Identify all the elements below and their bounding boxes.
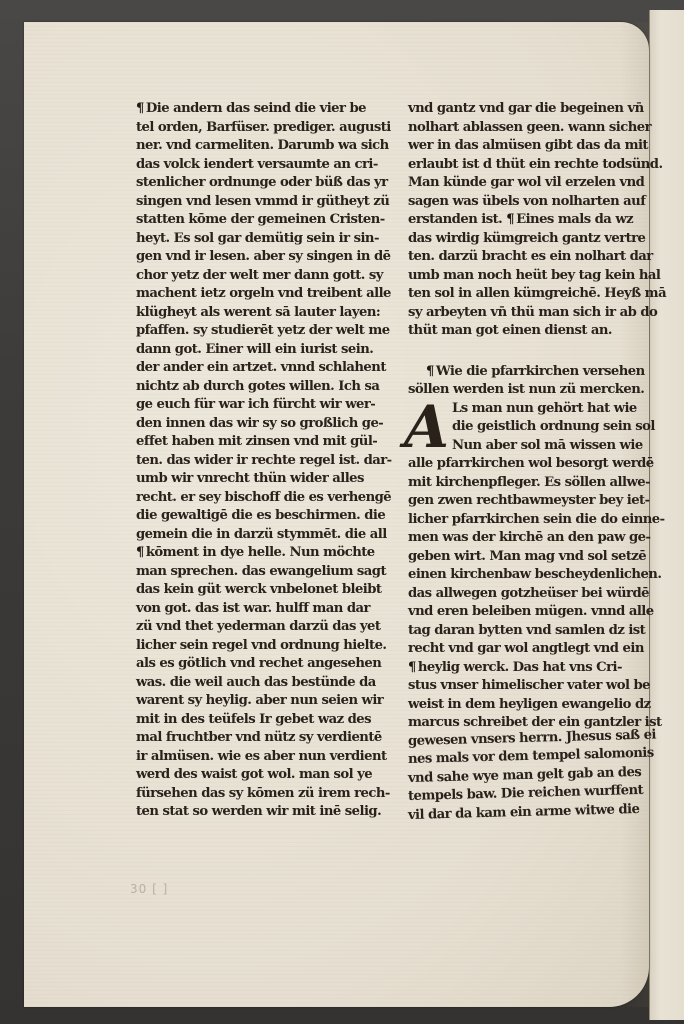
text-line: singen vnd lesen vmmd ir gütheyt zü <box>136 193 398 212</box>
text-line: machent ietz orgeln vnd treibent alle <box>136 285 398 304</box>
text-line: recht. er sey bischoff die es verhengē <box>136 489 398 508</box>
text-line: ¶kōment in dye helle. Nun möchte <box>136 544 398 563</box>
pilcrow-icon: ¶ <box>408 659 416 678</box>
text-line: ¶heylig werck. Das hat vns Cri- <box>408 659 656 678</box>
text-line: pfaffen. sy studierēt yetz der welt me <box>136 322 398 341</box>
text-line: ¶Die andern das seind die vier be <box>136 100 398 119</box>
text-line: mit in des teüfels Ir gebet waz des <box>136 711 398 730</box>
line-text: Man künde gar wol vil erzelen vnd <box>408 175 644 190</box>
line-text: nichtz ab durch gotes willen. Ich sa <box>136 379 379 394</box>
line-text: geben wirt. Man mag vnd sol setzē <box>408 549 646 564</box>
text-line: sy arbeyten vn̄ thü man sich ir ab do <box>408 304 656 323</box>
line-text: vnd gantz vnd gar die begeinen vn̄ <box>408 101 644 116</box>
text-line: Man künde gar wol vil erzelen vnd <box>408 174 656 193</box>
text-line: als es götlich vnd rechet angesehen <box>136 655 398 674</box>
text-line: chor yetz der welt mer dann gott. sy <box>136 267 398 286</box>
line-text: gen vnd ir lesen. aber sy singen in dē <box>136 249 390 264</box>
text-line: der ander ein artzet. vnnd schlahent <box>136 359 398 378</box>
line-text: licher sein regel vnd ordnung hielte. <box>136 638 386 653</box>
line-text: heyt. Es sol gar demütig sein ir sin- <box>136 231 379 246</box>
text-line: was. die weil auch das bestünde da <box>136 674 398 693</box>
text-line: das wirdig kümgreich gantz vertre <box>408 230 656 249</box>
line-text: singen vnd lesen vmmd ir gütheyt zü <box>136 194 389 209</box>
pilcrow-icon: ¶ <box>136 100 144 119</box>
pilcrow-icon: ¶ <box>136 544 144 563</box>
line-text: recht vnd gar wol angtlegt vnd ein <box>408 641 644 656</box>
line-text: statten kōme der gemeinen Cristen- <box>136 212 385 227</box>
text-line: wer in das almüsen gibt das da mit <box>408 137 656 156</box>
left-text-column: ¶Die andern das seind die vier betel ord… <box>136 100 398 822</box>
line-text: chor yetz der welt mer dann gott. sy <box>136 268 383 283</box>
line-text: Wie die pfarrkirchen versehen <box>436 364 645 379</box>
text-line: vnd gantz vnd gar die begeinen vn̄ <box>408 100 656 119</box>
line-text: tag daran bytten vnd samlen dz ist <box>408 623 645 638</box>
text-line: umb wir vnrecht thün wider alles <box>136 470 398 489</box>
line-text: ge euch für war ich fürcht wir wer- <box>136 397 375 412</box>
pencil-margin-note: 30 [ ] <box>130 882 168 896</box>
line-text: gen zwen rechtbawmeyster bey iet- <box>408 493 650 508</box>
line-text: Die andern das seind die vier be <box>146 101 366 116</box>
text-line: ten stat so werden wir mit inē selig. <box>136 803 398 822</box>
line-text: kōment in dye helle. Nun möchte <box>146 545 375 560</box>
line-text: man sprechen. das ewangelium sagt <box>136 564 386 579</box>
text-line: tag daran bytten vnd samlen dz ist <box>408 622 656 641</box>
line-text: ner. vnd carmeliten. Darumb wa sich <box>136 138 389 153</box>
text-line: ner. vnd carmeliten. Darumb wa sich <box>136 137 398 156</box>
line-text: Nun aber sol mā wissen wie <box>452 438 643 453</box>
text-line: geben wirt. Man mag vnd sol setzē <box>408 548 656 567</box>
line-text: zü vnd thet yederman darzü das yet <box>136 619 380 634</box>
line-text: thüt man got einen dienst an. <box>408 323 612 338</box>
line-text: werd des waist got wol. man sol ye <box>136 767 372 782</box>
line-text: mal fruchtber vnd nütz sy verdientē <box>136 730 382 745</box>
text-line: licher sein regel vnd ordnung hielte. <box>136 637 398 656</box>
text-line: dann got. Einer will ein iurist sein. <box>136 341 398 360</box>
line-text: men was der kirchē an den paw ge- <box>408 530 650 545</box>
line-text: der ander ein artzet. vnnd schlahent <box>136 360 386 375</box>
line-text: ten. das wider ir rechte regel ist. dar- <box>136 453 392 468</box>
text-line: heyt. Es sol gar demütig sein ir sin- <box>136 230 398 249</box>
text-line: men was der kirchē an den paw ge- <box>408 529 656 548</box>
line-text: vnd eren beleiben mügen. vnnd alle <box>408 604 654 619</box>
text-line: den innen das wir sy so großlich ge- <box>136 415 398 434</box>
text-line: umb man noch heüt bey tag kein hal <box>408 267 656 286</box>
text-line: tel orden, Barfüser. prediger. augusti <box>136 119 398 138</box>
line-text: das volck iendert versaumte an cri- <box>136 157 378 172</box>
text-line: zü vnd thet yederman darzü das yet <box>136 618 398 637</box>
right-text-column: vnd gantz vnd gar die begeinen vn̄nolhar… <box>408 100 656 825</box>
line-text: die gewaltigē die es beschirmen. die <box>136 508 385 523</box>
text-line: von got. das ist war. hulff man dar <box>136 600 398 619</box>
text-line: stenlicher ordnunge oder büß das yr <box>136 174 398 193</box>
line-text: ten stat so werden wir mit inē selig. <box>136 804 381 819</box>
text-line: mal fruchtber vnd nütz sy verdientē <box>136 729 398 748</box>
line-text: Ls man nun gehört hat wie <box>452 401 637 416</box>
text-line: die gewaltigē die es beschirmen. die <box>136 507 398 526</box>
text-line: erlaubt ist d thüt ein rechte todsünd. <box>408 156 656 175</box>
line-text: warent sy heylig. aber nun seien wir <box>136 693 383 708</box>
line-text: umb man noch heüt bey tag kein hal <box>408 268 660 283</box>
text-line: gen vnd ir lesen. aber sy singen in dē <box>136 248 398 267</box>
line-text: effet haben mit zinsen vnd mit gül- <box>136 434 377 449</box>
line-text: wer in das almüsen gibt das da mit <box>408 138 648 153</box>
line-text: stenlicher ordnunge oder büß das yr <box>136 175 388 190</box>
text-line: werd des waist got wol. man sol ye <box>136 766 398 785</box>
line-text: nolhart ablassen geen. wann sicher <box>408 120 651 135</box>
line-text: das allwegen gotzheüser bei würdē <box>408 586 649 601</box>
text-line: ge euch für war ich fürcht wir wer- <box>136 396 398 415</box>
line-text: ten sol in allen kümgreichē. Heyß mā <box>408 286 666 301</box>
line-text: gemein die in darzü stymmēt. die all <box>136 527 387 542</box>
text-line: ten. das wider ir rechte regel ist. dar- <box>136 452 398 471</box>
text-line: das allwegen gotzheüser bei würdē <box>408 585 656 604</box>
line-text: weist in dem heyligen ewangelio dz <box>408 697 651 712</box>
text-line: erstanden ist. ¶Eines mals da wz <box>408 211 656 230</box>
text-line: warent sy heylig. aber nun seien wir <box>136 692 398 711</box>
line-text: die geistlich ordnung sein sol <box>452 419 655 434</box>
line-text: das kein güt werck vnbelonet bleibt <box>136 582 381 597</box>
text-line: licher pfarrkirchen sein die do einne- <box>408 511 656 530</box>
line-text: einen kirchenbaw bescheydenlichen. <box>408 567 661 582</box>
line-text: das wirdig kümgreich gantz vertre <box>408 231 645 246</box>
text-line: ten sol in allen kümgreichē. Heyß mā <box>408 285 656 304</box>
text-line: ir almüsen. wie es aber nun verdient <box>136 748 398 767</box>
text-line: stus vnser himelischer vater wol be <box>408 677 656 696</box>
line-text: pfaffen. sy studierēt yetz der welt me <box>136 323 390 338</box>
section-heading-line: ¶Wie die pfarrkirchen versehen <box>408 363 656 382</box>
line-text: den innen das wir sy so großlich ge- <box>136 416 383 431</box>
line-text: heylig werck. Das hat vns Cri- <box>418 660 622 675</box>
text-line: das kein güt werck vnbelonet bleibt <box>136 581 398 600</box>
text-line: statten kōme der gemeinen Cristen- <box>136 211 398 230</box>
line-text: mit in des teüfels Ir gebet waz des <box>136 712 371 727</box>
text-line: klügheyt als werent sā lauter layen: <box>136 304 398 323</box>
text-line: gen zwen rechtbawmeyster bey iet- <box>408 492 656 511</box>
text-line: das volck iendert versaumte an cri- <box>136 156 398 175</box>
line-text: ir almüsen. wie es aber nun verdient <box>136 749 387 764</box>
text-line: gemein die in darzü stymmēt. die all <box>136 526 398 545</box>
text-line: vnd eren beleiben mügen. vnnd alle <box>408 603 656 622</box>
line-text: sy arbeyten vn̄ thü man sich ir ab do <box>408 305 657 320</box>
text-line: mit kirchenpfleger. Es söllen allwe- <box>408 474 656 493</box>
line-text: ten. darzü bracht es ein nolhart dar <box>408 249 653 264</box>
text-line: thüt man got einen dienst an. <box>408 322 656 341</box>
line-text: von got. das ist war. hulff man dar <box>136 601 370 616</box>
line-text: stus vnser himelischer vater wol be <box>408 678 650 693</box>
text-line: einen kirchenbaw bescheydenlichen. <box>408 566 656 585</box>
pilcrow-icon: ¶ <box>426 363 434 382</box>
text-line: nolhart ablassen geen. wann sicher <box>408 119 656 138</box>
text-line: man sprechen. das ewangelium sagt <box>136 563 398 582</box>
text-line: fürsehen das sy kōmen zü irem rech- <box>136 785 398 804</box>
line-text: mit kirchenpfleger. Es söllen allwe- <box>408 475 650 490</box>
line-text: recht. er sey bischoff die es verhengē <box>136 490 391 505</box>
text-line: weist in dem heyligen ewangelio dz <box>408 696 656 715</box>
line-text: klügheyt als werent sā lauter layen: <box>136 305 380 320</box>
text-line: recht vnd gar wol angtlegt vnd ein <box>408 640 656 659</box>
line-text: als es götlich vnd rechet angesehen <box>136 656 381 671</box>
line-text: licher pfarrkirchen sein die do einne- <box>408 512 665 527</box>
line-text: dann got. Einer will ein iurist sein. <box>136 342 373 357</box>
line-text: erlaubt ist d thüt ein rechte todsünd. <box>408 157 663 172</box>
text-line: ten. darzü bracht es ein nolhart dar <box>408 248 656 267</box>
line-text: erstanden ist. ¶Eines mals da wz <box>408 212 633 227</box>
text-line: nichtz ab durch gotes willen. Ich sa <box>136 378 398 397</box>
drop-cap-paragraph: ALs man nun gehört hat wiedie geistlich … <box>408 400 656 826</box>
decorated-initial-a: A <box>404 398 446 456</box>
text-line: effet haben mit zinsen vnd mit gül- <box>136 433 398 452</box>
line-text: machent ietz orgeln vnd treibent alle <box>136 286 391 301</box>
text-line: sagen was übels von nolharten auf <box>408 193 656 212</box>
line-text: was. die weil auch das bestünde da <box>136 675 376 690</box>
line-text: umb wir vnrecht thün wider alles <box>136 471 364 486</box>
paragraph-gap <box>408 341 656 363</box>
line-text: tel orden, Barfüser. prediger. augusti <box>136 120 391 135</box>
line-text: fürsehen das sy kōmen zü irem rech- <box>136 786 390 801</box>
line-text: sagen was übels von nolharten auf <box>408 194 645 209</box>
pilcrow-icon: ¶ <box>506 211 514 230</box>
